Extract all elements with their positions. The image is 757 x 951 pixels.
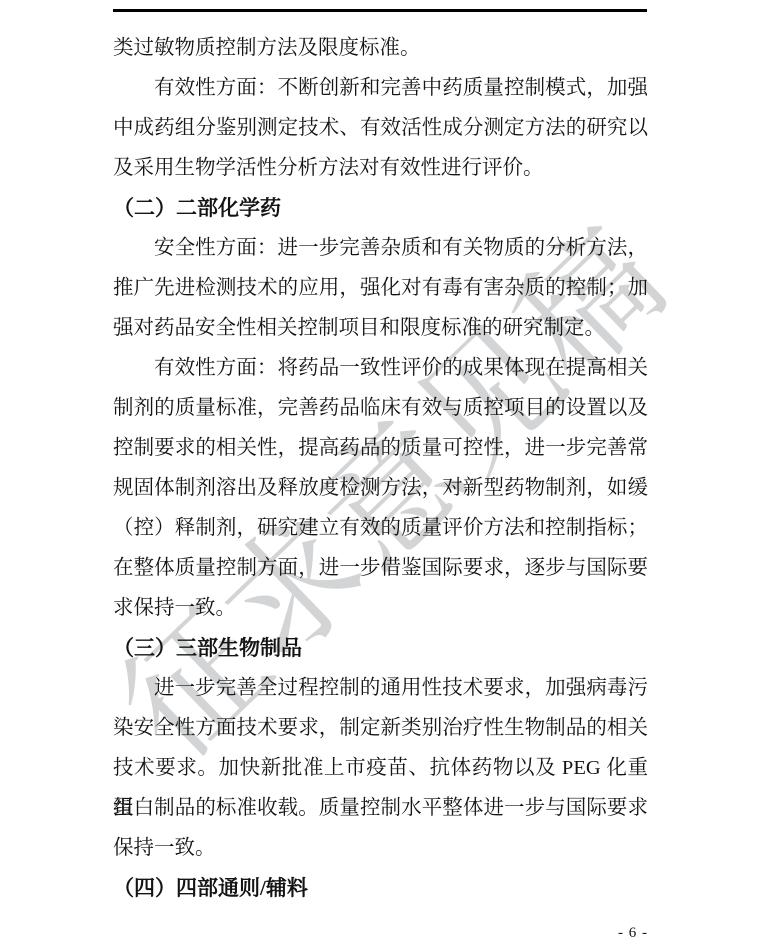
text-line: 有效性方面：不断创新和完善中药质量控制模式，加强: [113, 68, 648, 108]
page-number: - 6 -: [113, 918, 648, 948]
heading-part2-chemical-drugs: （二）二部化学药: [113, 188, 648, 228]
text-line: 在整体质量控制方面，进一步借鉴国际要求，逐步与国际要: [113, 548, 648, 588]
text-line: 进一步完善全过程控制的通用性技术要求，加强病毒污: [113, 668, 648, 708]
text-line: 中成药组分鉴别测定技术、有效活性成分测定方法的研究以: [113, 108, 648, 148]
heading-part4-general-excipients: （四）四部通则/辅料: [113, 868, 648, 908]
text-line: 规固体制剂溶出及释放度检测方法，对新型药物制剂，如缓: [113, 468, 648, 508]
heading-part3-biologics: （三）三部生物制品: [113, 628, 648, 668]
text-line: 蛋白制品的标准收载。质量控制水平整体进一步与国际要求: [113, 788, 648, 828]
text-line: 有效性方面：将药品一致性评价的成果体现在提高相关: [113, 348, 648, 388]
text-line: 求保持一致。: [113, 588, 648, 628]
document-page: 征求意见稿 类过敏物质控制方法及限度标准。 有效性方面：不断创新和完善中药质量控…: [0, 0, 757, 951]
text-line: 类过敏物质控制方法及限度标准。: [113, 28, 648, 68]
text-line: 染安全性方面技术要求，制定新类别治疗性生物制品的相关: [113, 708, 648, 748]
document-body: 类过敏物质控制方法及限度标准。 有效性方面：不断创新和完善中药质量控制模式，加强…: [113, 28, 648, 908]
header-rule: [113, 9, 647, 12]
text-line: 推广先进检测技术的应用，强化对有毒有害杂质的控制；加: [113, 268, 648, 308]
text-line: （控）释制剂，研究建立有效的质量评价方法和控制指标；: [113, 508, 648, 548]
text-line: 及采用生物学活性分析方法对有效性进行评价。: [113, 148, 648, 188]
text-line: 控制要求的相关性，提高药品的质量可控性，进一步完善常: [113, 428, 648, 468]
text-line: 安全性方面：进一步完善杂质和有关物质的分析方法，: [113, 228, 648, 268]
text-line: 保持一致。: [113, 828, 648, 868]
text-line: 技术要求。加快新批准上市疫苗、抗体药物以及 PEG 化重组: [113, 748, 648, 788]
text-line: 强对药品安全性相关控制项目和限度标准的研究制定。: [113, 308, 648, 348]
text-line: 制剂的质量标准，完善药品临床有效与质控项目的设置以及: [113, 388, 648, 428]
